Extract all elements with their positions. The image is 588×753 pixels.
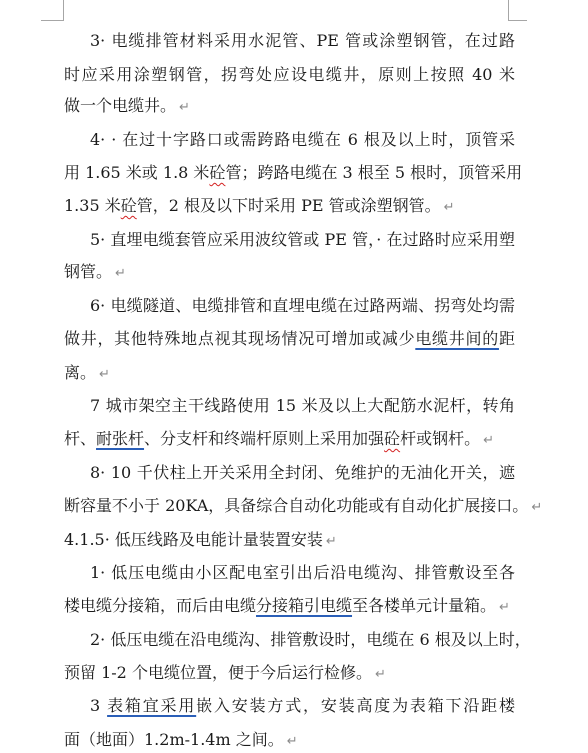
spelling-error-word[interactable]: 砼 <box>121 196 137 215</box>
text-run: 嵌入安装方式，安装高度为表箱下沿距楼 <box>196 696 515 715</box>
text-run: 管；跨路电缆在 3 根至 5 根时，顶管采用 <box>225 163 522 182</box>
text-run: 4· · 在过十字路口或需跨路电缆在 6 根及以上时，顶管采 <box>90 130 515 149</box>
page-corner-mark-top-left <box>41 0 64 21</box>
paragraph-mark-icon: ↵ <box>99 367 110 382</box>
paragraph-line: 做一个电缆井。↵ <box>64 89 515 122</box>
text-run: 面（地面）1.2m-1.4m 之间。 <box>64 730 284 749</box>
paragraph-line: 预留 1-2 个电缆位置，便于今后运行检修。↵ <box>64 656 515 689</box>
paragraph-mark-icon: ↵ <box>444 200 455 215</box>
text-run: 做一个电缆井。 <box>64 96 176 115</box>
text-run: 8· 10 千伏柱上开关采用全封闭、免维护的无油化开关，遮 <box>90 463 515 482</box>
heading-text: 4.1.5· 低压线路及电能计量装置安装 <box>64 530 323 549</box>
paragraph-line: 2· 低压电缆在沿电缆沟、排管敷设时，电缆在 6 根及以上时， <box>90 623 515 656</box>
text-run: 2· 低压电缆在沿电缆沟、排管敷设时，电缆在 6 根及以上时， <box>90 630 531 649</box>
text-run: 楼电缆分接箱，而后由电缆 <box>64 596 256 615</box>
paragraph-line: 楼电缆分接箱，而后由电缆分接箱引电缆至各楼单元计量箱。↵ <box>64 589 515 622</box>
paragraph-mark-icon: ↵ <box>326 534 337 549</box>
paragraph-mark-icon: ↵ <box>499 600 510 615</box>
text-run: 用 1.65 米或 1.8 米 <box>64 163 209 182</box>
paragraph-mark-icon: ↵ <box>375 667 386 682</box>
paragraph-line: 断容量不小于 20KA，具备综合自动化功能或有自动化扩展接口。↵ <box>64 489 515 522</box>
paragraph-line: 8· 10 千伏柱上开关采用全封闭、免维护的无油化开关，遮 <box>90 456 515 489</box>
text-run: 预留 1-2 个电缆位置，便于今后运行检修。 <box>64 663 372 682</box>
section-heading: 4.1.5· 低压线路及电能计量装置安装↵ <box>64 523 515 556</box>
grammar-flag-phrase[interactable]: 耐张杆 <box>96 429 144 448</box>
paragraph-line: 做井，其他特殊地点视其现场情况可增加或减少电缆井间的距 <box>64 322 515 355</box>
paragraph-line: 离。↵ <box>64 356 515 389</box>
paragraph-mark-icon: ↵ <box>483 433 494 448</box>
paragraph-line: 3· 电缆排管材料采用水泥管、PE 管或涂塑钢管，在过路 <box>90 24 515 57</box>
paragraph-line: 7 城市架空主干线路使用 15 米及以上大配筋水泥杆，转角 <box>90 389 515 422</box>
text-run: 钢管。 <box>64 262 112 281</box>
text-run: 做井，其他特殊地点视其现场情况可增加或减少 <box>64 329 415 348</box>
paragraph-line: 用 1.65 米或 1.8 米砼管；跨路电缆在 3 根至 5 根时，顶管采用 <box>64 156 515 189</box>
text-run: 离。 <box>64 363 96 382</box>
paragraph-mark-icon: ↵ <box>531 500 542 515</box>
text-run: 1.35 米 <box>64 196 121 215</box>
page-corner-mark-top-right <box>508 0 527 21</box>
paragraph-line: 钢管。↵ <box>64 255 515 288</box>
text-run: 距 <box>499 329 515 348</box>
text-run: 杆或钢杆。 <box>400 429 480 448</box>
text-run: 6· 电缆隧道、电缆排管和直埋电缆在过路两端、拐弯处均需 <box>90 296 515 315</box>
paragraph-line: 1.35 米砼管，2 根及以下时采用 PE 管或涂塑钢管。↵ <box>64 189 515 222</box>
paragraph-mark-icon: ↵ <box>287 734 298 749</box>
text-run: 5· 直埋电缆套管应采用波纹管或 PE 管，· 在过路时应采用塑 <box>90 230 515 249</box>
text-run: 3 <box>90 696 107 715</box>
paragraph-line: 面（地面）1.2m-1.4m 之间。↵ <box>64 723 515 753</box>
paragraph-mark-icon: ↵ <box>179 100 190 115</box>
text-run: 、分支杆和终端杆原则上采用加强 <box>144 429 384 448</box>
grammar-flag-phrase[interactable]: 表箱宜采用 <box>107 696 196 715</box>
text-run: 7 城市架空主干线路使用 15 米及以上大配筋水泥杆，转角 <box>90 396 515 415</box>
paragraph-line: 3 表箱宜采用嵌入安装方式，安装高度为表箱下沿距楼 <box>90 689 515 722</box>
text-run: 时应采用涂塑钢管，拐弯处应设电缆井，原则上按照 40 米 <box>64 65 515 84</box>
text-run: 1· 低压电缆由小区配电室引出后沿电缆沟、排管敷设至各 <box>90 563 515 582</box>
paragraph-line: 4· · 在过十字路口或需跨路电缆在 6 根及以上时，顶管采 <box>90 123 515 156</box>
paragraph-line: 1· 低压电缆由小区配电室引出后沿电缆沟、排管敷设至各 <box>90 556 515 589</box>
spelling-error-word[interactable]: 砼 <box>209 163 225 182</box>
text-run: 3· 电缆排管材料采用水泥管、PE 管或涂塑钢管，在过路 <box>90 31 515 50</box>
paragraph-line: 5· 直埋电缆套管应采用波纹管或 PE 管，· 在过路时应采用塑 <box>90 223 515 256</box>
text-run: 断容量不小于 20KA，具备综合自动化功能或有自动化扩展接口。 <box>64 496 528 515</box>
text-run: 杆、 <box>64 429 96 448</box>
paragraph-line: 时应采用涂塑钢管，拐弯处应设电缆井，原则上按照 40 米 <box>64 58 515 91</box>
text-run: 至各楼单元计量箱。 <box>352 596 496 615</box>
paragraph-line: 杆、耐张杆、分支杆和终端杆原则上采用加强砼杆或钢杆。↵ <box>64 422 515 455</box>
spelling-error-word[interactable]: 砼 <box>384 429 400 448</box>
paragraph-line: 6· 电缆隧道、电缆排管和直埋电缆在过路两端、拐弯处均需 <box>90 289 515 322</box>
grammar-flag-phrase[interactable]: 电缆井间的 <box>415 329 499 348</box>
grammar-flag-phrase[interactable]: 分接箱引电缆 <box>256 596 352 615</box>
paragraph-mark-icon: ↵ <box>115 266 126 281</box>
text-run: 管，2 根及以下时采用 PE 管或涂塑钢管。 <box>137 196 441 215</box>
